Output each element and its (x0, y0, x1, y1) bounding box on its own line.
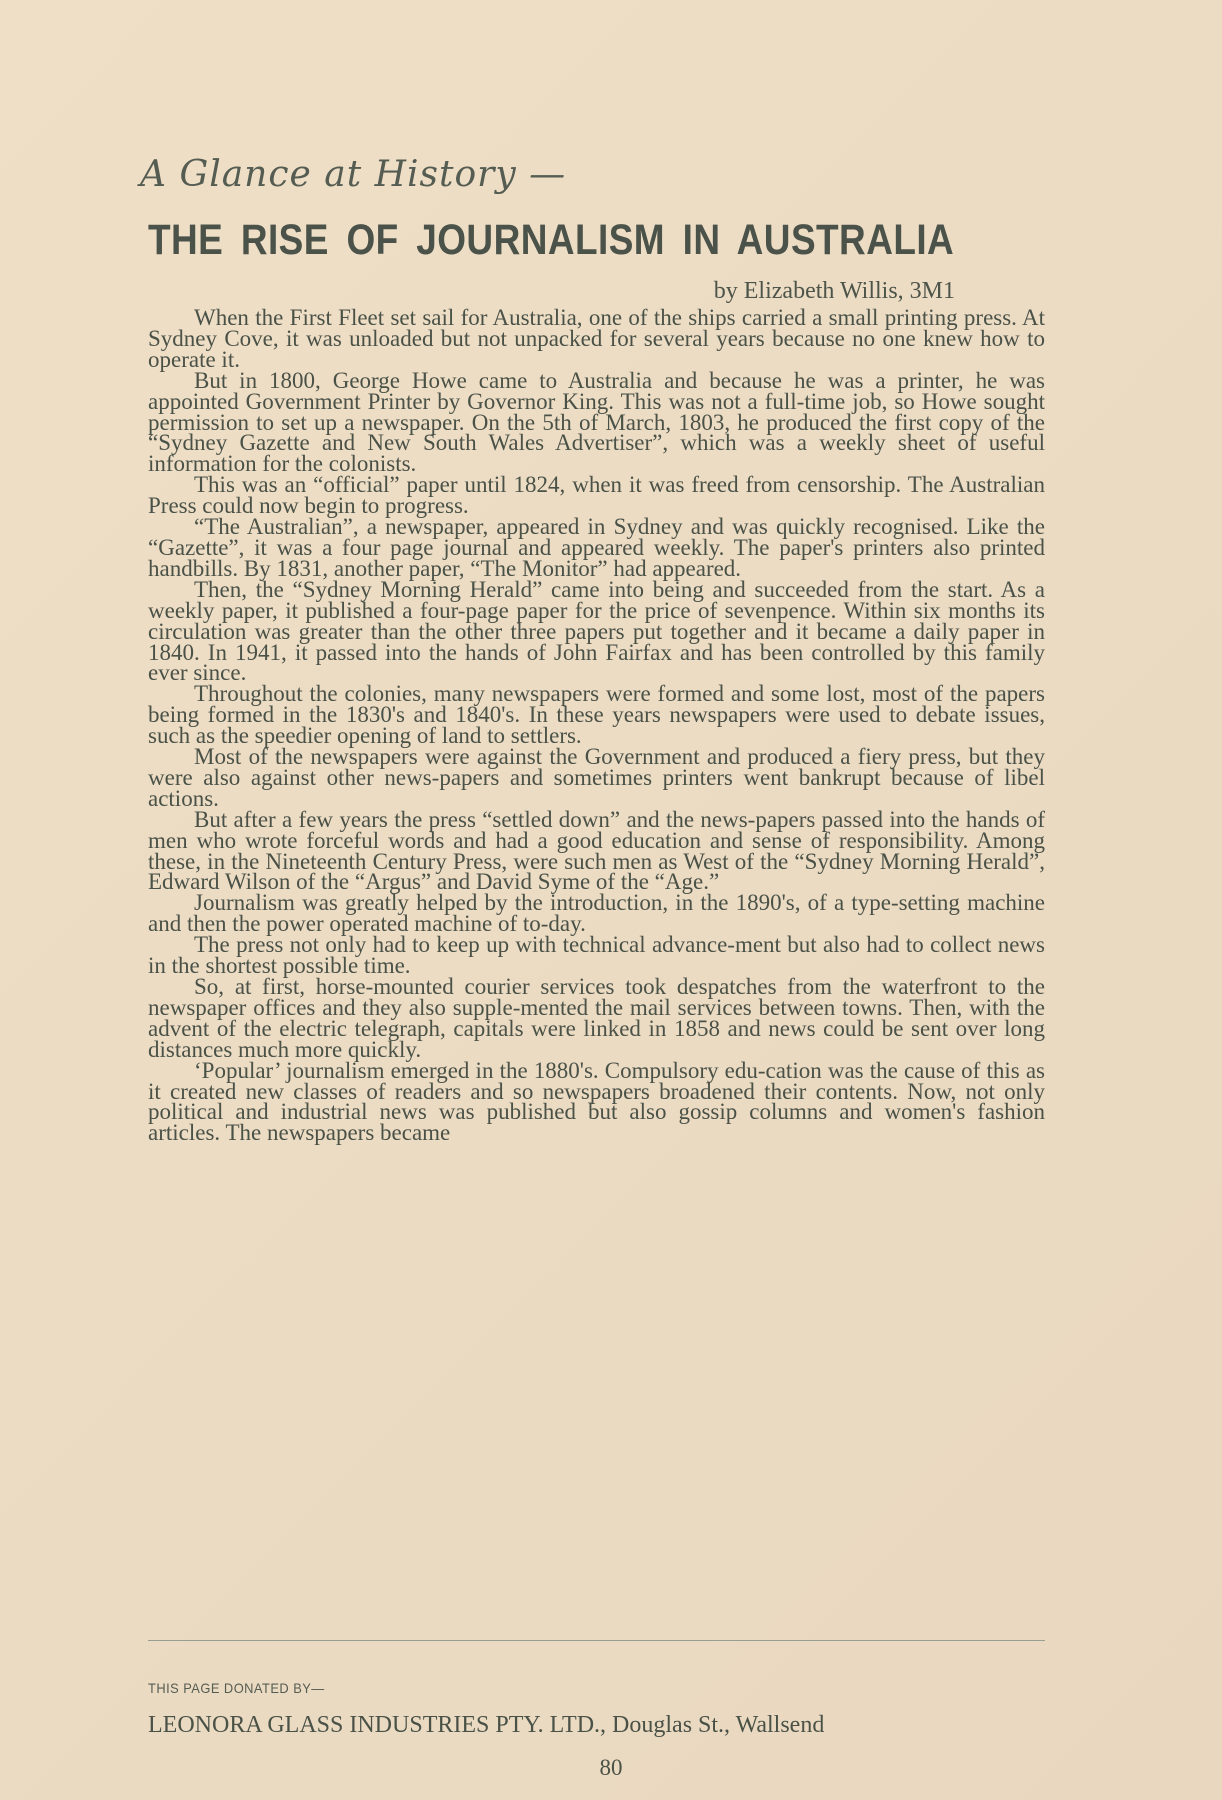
paragraph: The press not only had to keep up with t… (148, 935, 1045, 977)
paragraph: Then, the “Sydney Morning Herald” came i… (148, 580, 1045, 685)
paragraph: ‘Popular’ journalism emerged in the 1880… (148, 1061, 1045, 1145)
paragraph: This was an “official” paper until 1824,… (148, 475, 1045, 517)
page-number: 80 (0, 1755, 1222, 1781)
section-kicker: A Glance at History — (140, 150, 1045, 200)
article-page: A Glance at History — THE RISE OF JOURNA… (148, 150, 1045, 1144)
paragraph: But in 1800, George Howe came to Austral… (148, 371, 1045, 476)
paragraph: When the First Fleet set sail for Austra… (148, 308, 1045, 371)
article-body: When the First Fleet set sail for Austra… (148, 308, 1045, 1144)
paragraph: “The Australian”, a newspaper, appeared … (148, 517, 1045, 580)
paragraph: So, at first, horse-mounted courier serv… (148, 977, 1045, 1061)
donor-name: LEONORA GLASS INDUSTRIES PTY. LTD., Doug… (148, 1712, 1045, 1739)
article-byline: by Elizabeth Willis, 3M1 (148, 276, 1045, 306)
paragraph: Throughout the colonies, many newspapers… (148, 684, 1045, 747)
paragraph: But after a few years the press “settled… (148, 810, 1045, 894)
paragraph: Most of the newspapers were against the … (148, 747, 1045, 810)
footer-divider (148, 1640, 1045, 1641)
donated-label: THIS PAGE DONATED BY— (148, 1680, 325, 1696)
article-title: THE RISE OF JOURNALISM IN AUSTRALIA (148, 214, 919, 266)
paragraph: Journalism was greatly helped by the int… (148, 893, 1045, 935)
